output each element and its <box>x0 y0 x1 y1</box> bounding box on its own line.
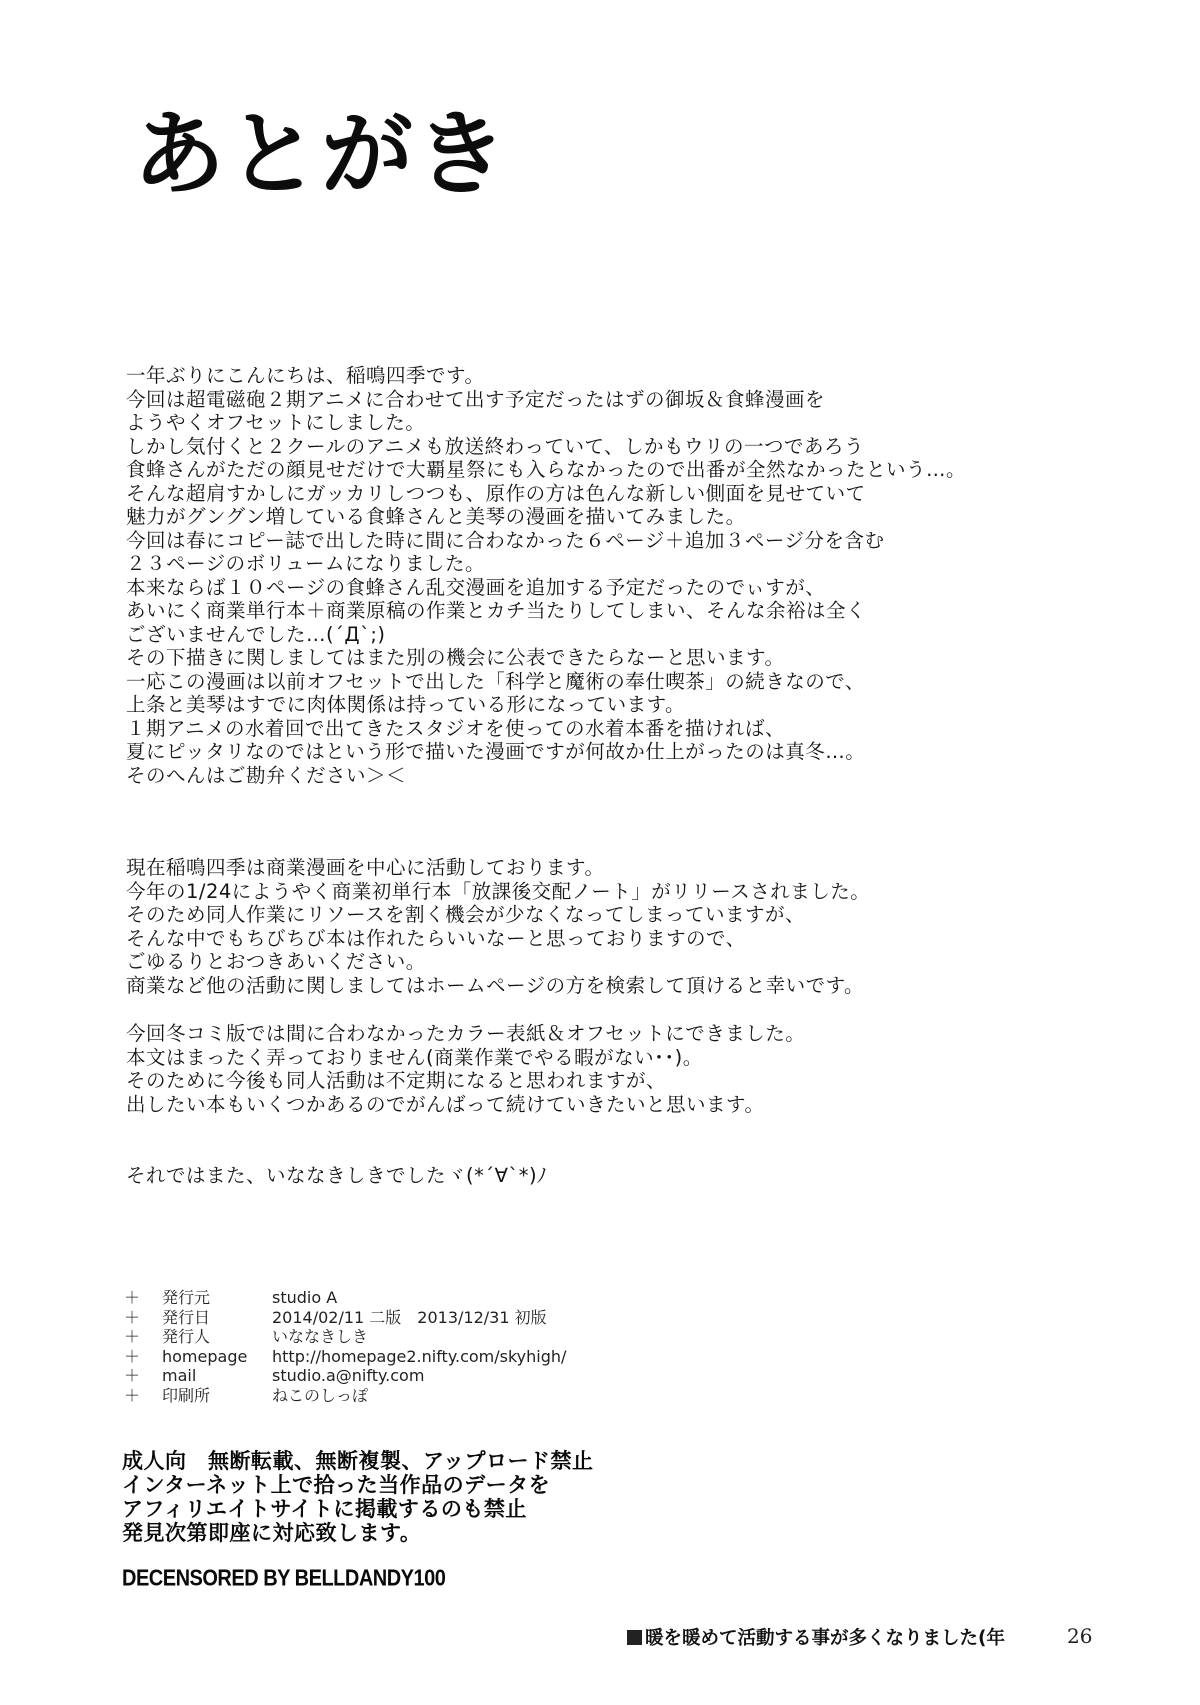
page-number: 26 <box>1067 1624 1092 1648</box>
plus-icon: ＋ <box>124 1327 162 1347</box>
text-line: 本来ならば１０ページの食蜂さん乱交漫画を追加する予定だったのでぃすが、 <box>126 576 966 600</box>
text-line: それではまた、いななきしきでしたヾ(*´∀`*)ﾉ <box>126 1164 547 1188</box>
text-line: 一応この漫画は以前オフセットで出した「科学と魔術の奉仕喫茶」の続きなので、 <box>126 670 966 694</box>
text-line: 今回は春にコピー誌で出した時に間に合わなかった６ページ＋追加３ページ分を含む <box>126 529 966 553</box>
plus-icon: ＋ <box>124 1308 162 1328</box>
text-line: 本文はまったく弄っておりません(商業作業でやる暇がない･･)。 <box>126 1046 805 1070</box>
afterword-paragraph-2: 現在稲鳴四季は商業漫画を中心に活動しております。 今年の1/24にようやく商業初… <box>126 856 870 997</box>
text-line: そのへんはご勘弁ください＞＜ <box>126 764 966 788</box>
colophon-row-homepage: ＋ homepage http://homepage2.nifty.com/sk… <box>124 1347 566 1367</box>
text-line: 今年の1/24にようやく商業初単行本「放課後交配ノート」がリリースされました。 <box>126 880 870 904</box>
colophon-row-date: ＋ 発行日 2014/02/11 二版 2013/12/31 初版 <box>124 1308 566 1328</box>
text-line: 上条と美琴はすでに肉体関係は持っている形になっています。 <box>126 693 966 717</box>
text-line: 商業など他の活動に関しましてはホームページの方を検索して頂けると幸いです。 <box>126 974 870 998</box>
colophon: ＋ 発行元 studio A ＋ 発行日 2014/02/11 二版 2013/… <box>124 1288 566 1406</box>
text-line: そのために今後も同人活動は不定期になると思われますが、 <box>126 1069 805 1093</box>
text-line: 今回冬コミ版では間に合わなかったカラー表紙＆オフセットにできました。 <box>126 1022 805 1046</box>
colophon-value: 2014/02/11 二版 2013/12/31 初版 <box>272 1308 547 1328</box>
footer-caption: 暖を暖めて活動する事が多くなりました(年 <box>627 1624 1005 1650</box>
colophon-label: 発行元 <box>162 1288 272 1308</box>
colophon-row-printer: ＋ 印刷所 ねこのしっぽ <box>124 1386 566 1406</box>
colophon-value: いななきしき <box>272 1327 368 1347</box>
text-line: そのため同人作業にリソースを割く機会が少なくなってしまっていますが、 <box>126 903 870 927</box>
text-line: 出したい本もいくつかあるのでがんばって続けていきたいと思います。 <box>126 1093 805 1117</box>
afterword-paragraph-1: 一年ぶりにこんにちは、稲鳴四季です。 今回は超電磁砲２期アニメに合わせて出す予定… <box>126 364 966 787</box>
colophon-label: 発行日 <box>162 1308 272 1328</box>
credit-line: DECENSORED BY BELLDANDY100 <box>122 1566 445 1592</box>
notice-line: 発見次第即座に対応致します。 <box>122 1521 594 1545</box>
page-title: あとがき <box>133 108 509 200</box>
text-line: ようやくオフセットにしました。 <box>126 411 966 435</box>
plus-icon: ＋ <box>124 1366 162 1386</box>
colophon-value: studio.a@nifty.com <box>272 1366 424 1386</box>
copyright-notice: 成人向 無断転載、無断複製、アップロード禁止 インターネット上で拾った当作品のデ… <box>122 1449 594 1545</box>
notice-line: インターネット上で拾った当作品のデータを <box>122 1473 594 1497</box>
text-line: そんな超肩すかしにガッカリしつつも、原作の方は色んな新しい側面を見せていて <box>126 482 966 506</box>
colophon-value: http://homepage2.nifty.com/skyhigh/ <box>272 1347 566 1367</box>
colophon-label: 発行人 <box>162 1327 272 1347</box>
afterword-paragraph-3: 今回冬コミ版では間に合わなかったカラー表紙＆オフセットにできました。 本文はまっ… <box>126 1022 805 1116</box>
notice-line: アフィリエイトサイトに掲載するのも禁止 <box>122 1497 594 1521</box>
text-line: 現在稲鳴四季は商業漫画を中心に活動しております。 <box>126 856 870 880</box>
colophon-row-mail: ＋ mail studio.a@nifty.com <box>124 1366 566 1386</box>
text-line: 魅力がグングン増している食蜂さんと美琴の漫画を描いてみました。 <box>126 505 966 529</box>
text-line: あいにく商業単行本＋商業原稿の作業とカチ当たりしてしまい、そんな余裕は全く <box>126 599 966 623</box>
text-line: ごゆるりとおつきあいください。 <box>126 950 870 974</box>
plus-icon: ＋ <box>124 1347 162 1367</box>
text-line: １期アニメの水着回で出てきたスタジオを使っての水着本番を描ければ、 <box>126 717 966 741</box>
notice-line: 成人向 無断転載、無断複製、アップロード禁止 <box>122 1449 594 1473</box>
text-line: そんな中でもちびちび本は作れたらいいなーと思っておりますので、 <box>126 927 870 951</box>
colophon-value: ねこのしっぽ <box>272 1386 368 1406</box>
colophon-value: studio A <box>272 1288 337 1308</box>
plus-icon: ＋ <box>124 1288 162 1308</box>
text-line: 夏にピッタリなのではという形で描いた漫画ですが何故か仕上がったのは真冬…。 <box>126 740 966 764</box>
colophon-label: 印刷所 <box>162 1386 272 1406</box>
text-line: 食蜂さんがただの顔見せだけで大覇星祭にも入らなかったので出番が全然なかったという… <box>126 458 966 482</box>
footer-caption-text: 暖を暖めて活動する事が多くなりました(年 <box>645 1624 1005 1650</box>
text-line: しかし気付くと２クールのアニメも放送終わっていて、しかもウリの一つであろう <box>126 435 966 459</box>
text-line: 今回は超電磁砲２期アニメに合わせて出す予定だったはずの御坂＆食蜂漫画を <box>126 388 966 412</box>
colophon-label: mail <box>162 1366 272 1386</box>
text-line: その下描きに関しましてはまた別の機会に公表できたらなーと思います。 <box>126 646 966 670</box>
plus-icon: ＋ <box>124 1386 162 1406</box>
text-line: ２３ページのボリュームになりました。 <box>126 552 966 576</box>
colophon-label: homepage <box>162 1347 272 1367</box>
square-bullet-icon <box>627 1630 642 1645</box>
colophon-row-publisher: ＋ 発行元 studio A <box>124 1288 566 1308</box>
text-line: 一年ぶりにこんにちは、稲鳴四季です。 <box>126 364 966 388</box>
afterword-signoff: それではまた、いななきしきでしたヾ(*´∀`*)ﾉ <box>126 1164 547 1188</box>
colophon-row-author: ＋ 発行人 いななきしき <box>124 1327 566 1347</box>
text-line: ございませんでした…(´Д`;) <box>126 623 966 647</box>
